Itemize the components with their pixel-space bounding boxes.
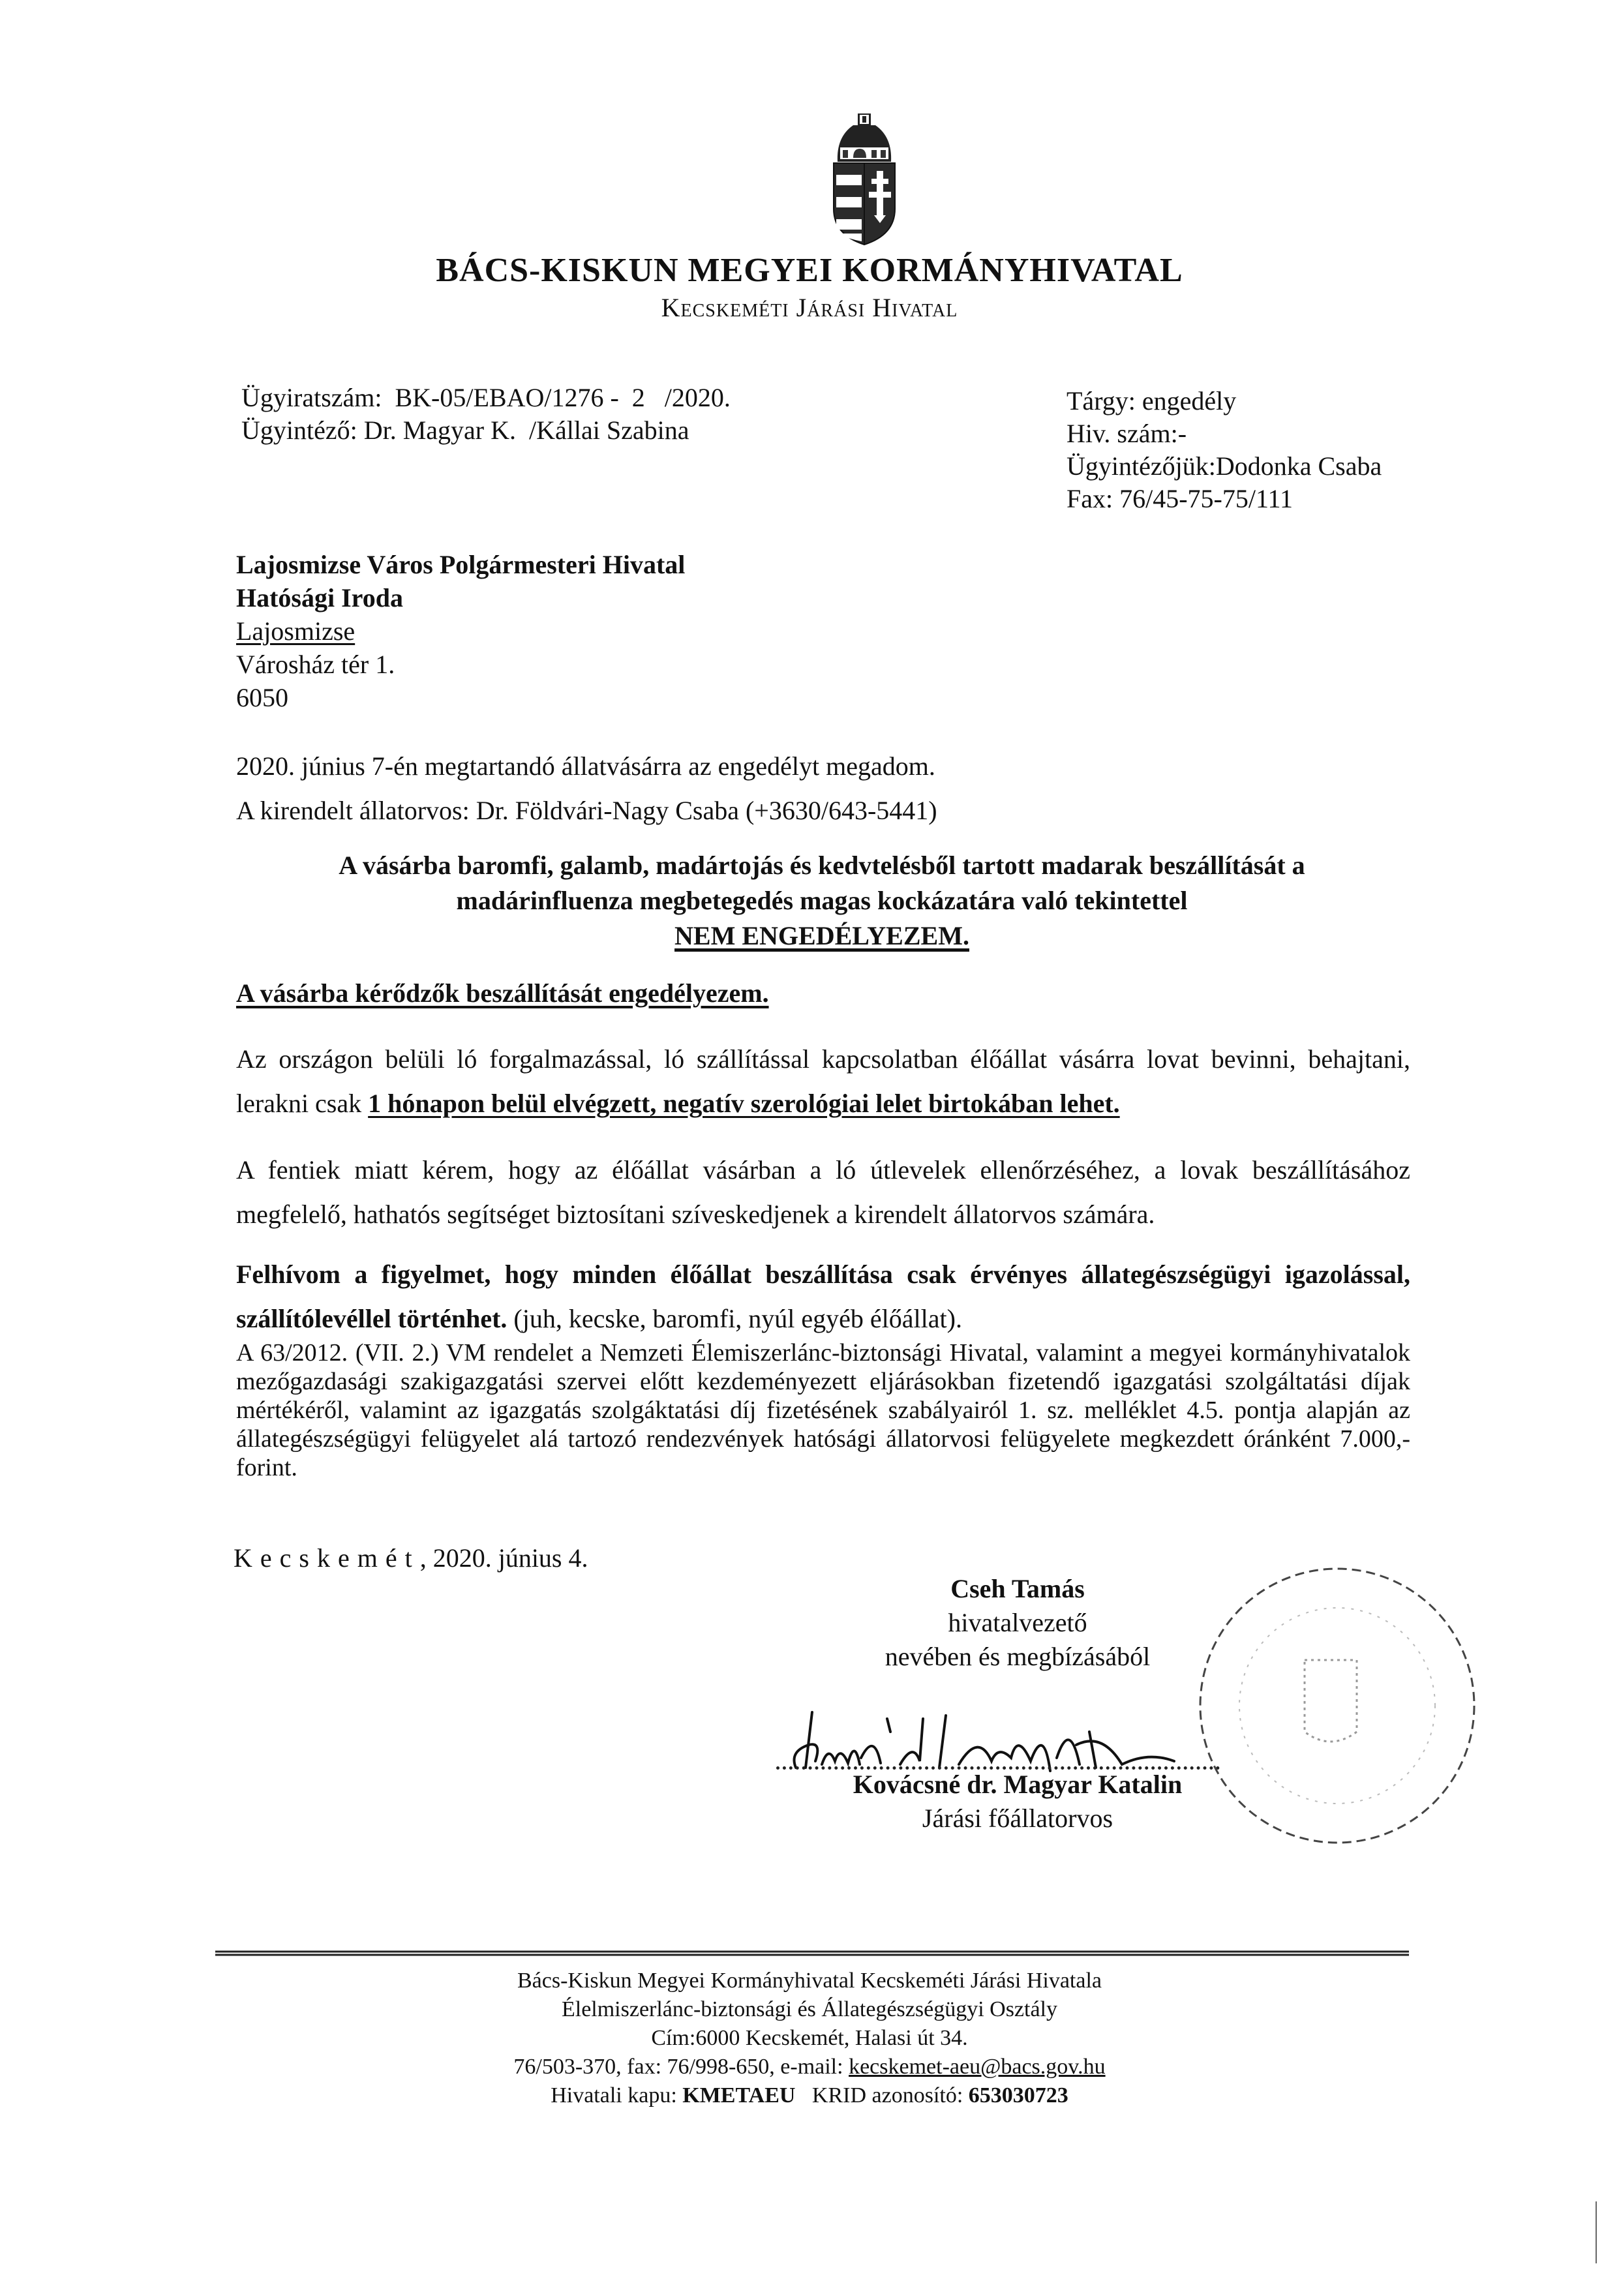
reference-right: Tárgy: engedély Hiv. szám:- Ügyintézőjük…: [1067, 385, 1382, 515]
footer-divider: [215, 1950, 1409, 1957]
assigned-vet: A kirendelt állatorvos: Dr. Földvári-Nag…: [236, 794, 937, 827]
footer-ids: Hivatali kapu: KMETAEU KRID azonosító: 6…: [0, 2081, 1619, 2110]
on-behalf: nevében és megbízásából: [770, 1640, 1265, 1674]
horse-emphasis: 1 hónapon belül elvégzett, negatív szero…: [368, 1089, 1120, 1118]
coat-of-arms-icon: [828, 111, 900, 248]
krid-label: KRID azonosító:: [795, 2083, 968, 2107]
date: , 2020. június 4.: [420, 1543, 588, 1573]
head-name: Cseh Tamás: [770, 1572, 1265, 1606]
horse-paragraph: Az országon belüli ló forgalmazással, ló…: [236, 1037, 1410, 1126]
warning-tail: (juh, kecske, baromfi, nyúl egyéb élőáll…: [507, 1304, 962, 1333]
place: Kecskemét: [234, 1543, 420, 1573]
recipient-postal-code: 6050: [236, 681, 685, 714]
head-title: hivatalvezető: [770, 1606, 1265, 1640]
footer-email-link[interactable]: kecskemet-aeu@bacs.gov.hu: [849, 2055, 1106, 2079]
their-reference: Hiv. szám:-: [1067, 417, 1382, 450]
signer-name: Kovácsné dr. Magyar Katalin: [770, 1768, 1265, 1802]
recipient-city: Lajosmizse: [236, 614, 685, 648]
footer: Bács-Kiskun Megyei Kormányhivatal Kecske…: [0, 1967, 1619, 2110]
case-handler: Ügyintéző: Dr. Magyar K. /Kállai Szabina: [241, 414, 731, 447]
recipient-street: Városház tér 1.: [236, 648, 685, 681]
reference-left: Ügyiratszám: BK-05/EBAO/1276 - 2 /2020. …: [241, 382, 731, 447]
footer-address: Cím:6000 Kecskemét, Halasi út 34.: [0, 2024, 1619, 2053]
request-paragraph: A fentiek miatt kérem, hogy az élőállat …: [236, 1148, 1410, 1237]
their-handler: Ügyintézőjük:Dodonka Csaba: [1067, 450, 1382, 483]
regulation-paragraph: A 63/2012. (VII. 2.) VM rendelet a Nemze…: [236, 1338, 1410, 1482]
place-and-date: Kecskemét, 2020. június 4.: [234, 1542, 588, 1575]
organization-name: BÁCS-KISKUN MEGYEI KORMÁNYHIVATAL: [0, 251, 1619, 290]
footer-contact: 76/503-370, fax: 76/998-650, e-mail: kec…: [0, 2053, 1619, 2081]
footer-office: Bács-Kiskun Megyei Kormányhivatal Kecske…: [0, 1967, 1619, 1995]
signer-title: Járási főállatorvos: [770, 1802, 1265, 1835]
notice-line-3: NEM ENGEDÉLYEZEM.: [674, 921, 969, 950]
gateway-value: KMETAEU: [682, 2083, 795, 2107]
scan-edge-mark: [1596, 2201, 1597, 2263]
office-name: Kecskeméti Járási Hivatal: [0, 292, 1619, 323]
case-number: Ügyiratszám: BK-05/EBAO/1276 - 2 /2020.: [241, 382, 731, 414]
recipient-department: Hatósági Iroda: [236, 581, 685, 614]
footer-phone-fax: 76/503-370, fax: 76/998-650, e-mail:: [513, 2055, 849, 2079]
recipient-name: Lajosmizse Város Polgármesteri Hivatal: [236, 548, 685, 581]
subject: Tárgy: engedély: [1067, 385, 1382, 417]
fax-number: Fax: 76/45-75-75/111: [1067, 483, 1382, 515]
krid-value: 653030723: [969, 2083, 1068, 2107]
signer-block: Kovácsné dr. Magyar Katalin Járási főáll…: [770, 1768, 1265, 1835]
footer-department: Élelmiszerlánc-biztonsági és Állategészs…: [0, 1995, 1619, 2024]
warning-paragraph: Felhívom a figyelmet, hogy minden élőáll…: [236, 1252, 1410, 1341]
official-stamp-icon: [1194, 1562, 1481, 1849]
gateway-label: Hivatali kapu:: [551, 2083, 682, 2107]
recipient-address: Lajosmizse Város Polgármesteri Hivatal H…: [236, 548, 685, 714]
notice-line-2: madárinfluenza megbetegedés magas kockáz…: [235, 883, 1409, 918]
permit-statement: 2020. június 7-én megtartandó állatvásár…: [236, 750, 935, 783]
ruminants-permitted: A vásárba kérődzők beszállítását engedél…: [236, 977, 769, 1010]
poultry-notice: A vásárba baromfi, galamb, madártojás és…: [235, 848, 1409, 954]
head-of-office-block: Cseh Tamás hivatalvezető nevében és megb…: [770, 1572, 1265, 1674]
notice-line-1: A vásárba baromfi, galamb, madártojás és…: [235, 848, 1409, 883]
